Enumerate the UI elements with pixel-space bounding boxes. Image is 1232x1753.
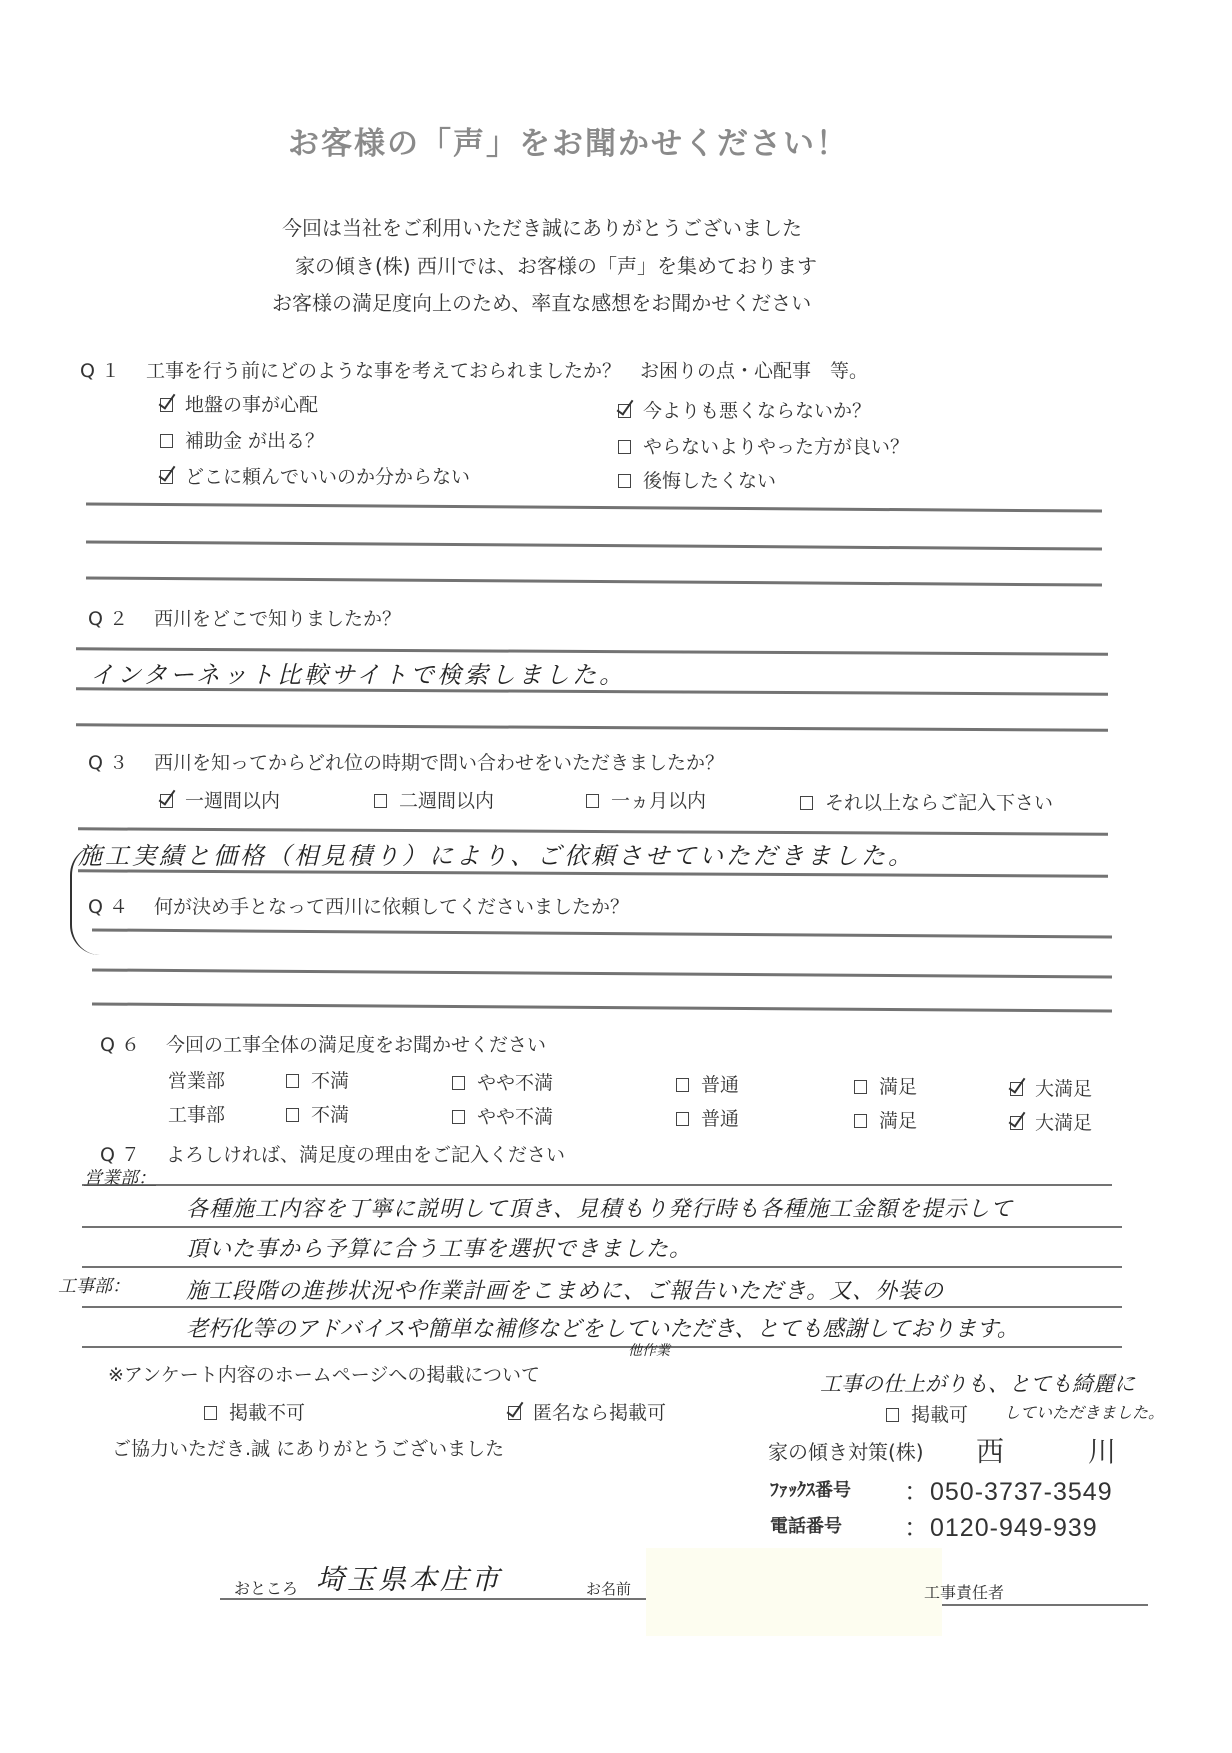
answer-line — [86, 540, 1102, 550]
q6-construction-option-2[interactable]: やや不満 — [452, 1102, 553, 1129]
q6-sales-option-2[interactable]: やや不満 — [452, 1068, 553, 1095]
answer-line — [86, 576, 1102, 586]
checkbox-icon[interactable] — [160, 434, 173, 448]
q2-text: 西川をどこで知りましたか？ — [154, 608, 401, 630]
q4-answer-handwritten[interactable]: 施工実績と価格（相見積り）により、ご依頼させていただきました。 — [78, 836, 915, 871]
intro-line-2: 家の傾き(株) 西川では、お客様の「声」を集めております — [295, 250, 817, 279]
q7-construction-label: 工事部： — [58, 1272, 130, 1298]
q3-option-3[interactable]: 一ヵ月以内 — [586, 786, 706, 813]
q1-question: Q１工事を行う前にどのような事を考えておられましたか？ お困りの点・心配事 等。 — [80, 356, 868, 383]
q3-option-1[interactable]: 一週間以内 — [160, 786, 280, 813]
q2-answer[interactable]: インターネット比較サイトで検索しました。 — [90, 655, 626, 690]
tel-number: ：0120-949-939 — [904, 1508, 1098, 1544]
checkbox-icon[interactable] — [618, 474, 631, 488]
q4-text: 何が決め手となって西川に依頼してくださいましたか？ — [154, 896, 629, 918]
q3-option-2[interactable]: 二週間以内 — [374, 786, 494, 813]
checkbox-icon[interactable] — [204, 1406, 217, 1420]
intro-line-3: お客様の満足度向上のため、率直な感想をお聞かせください — [272, 287, 811, 316]
fax-label: ﾌｧｯｸｽ番号 — [770, 1476, 851, 1502]
q1-option-1[interactable]: 地盤の事が心配 — [160, 390, 318, 417]
q6-number: Q６ — [100, 1030, 166, 1057]
q6-dept-construction: 工事部 — [168, 1100, 225, 1127]
q2-number: Q２ — [88, 604, 154, 631]
q3-text: 西川を知ってからどれ位の時期で問い合わせをいただきましたか？ — [154, 752, 724, 774]
company-name: 西 川 — [976, 1430, 1116, 1470]
answer-line — [92, 1002, 1112, 1012]
answer-line — [86, 502, 1102, 512]
redacted-name-field — [646, 1548, 942, 1636]
answer-line — [92, 968, 1112, 978]
answer-line — [82, 1306, 1122, 1308]
intro-line-1: 今回は当社をご利用いただき誠にありがとうございました — [282, 212, 802, 241]
q6-construction-option-1[interactable]: 不満 — [286, 1100, 349, 1127]
checkbox-checked-icon[interactable] — [160, 398, 173, 412]
checkbox-icon[interactable] — [586, 794, 599, 808]
publish-option-2[interactable]: 匿名なら掲載可 — [508, 1398, 666, 1425]
checkbox-icon[interactable] — [374, 794, 387, 808]
name-label: お名前 — [586, 1578, 631, 1599]
answer-line — [82, 1184, 1112, 1186]
side-note-line-2: していただきました。 — [1004, 1400, 1164, 1423]
checkbox-icon[interactable] — [854, 1114, 867, 1128]
fax-number: ：050-3737-3549 — [904, 1472, 1113, 1508]
checkbox-icon[interactable] — [618, 440, 631, 454]
checkbox-checked-icon[interactable] — [1010, 1116, 1023, 1130]
q6-construction-option-4[interactable]: 満足 — [854, 1106, 917, 1133]
checkbox-icon[interactable] — [452, 1076, 465, 1090]
q1-option-6[interactable]: 後悔したくない — [618, 466, 776, 493]
checkbox-icon[interactable] — [886, 1408, 899, 1422]
page-title: お客様の「声」をお聞かせください！ — [288, 118, 849, 163]
q1-option-5[interactable]: やらないよりやった方が良い？ — [618, 432, 909, 459]
answer-line — [82, 1266, 1122, 1268]
thanks-text: ご協力いただき.誠 にありがとうございました — [112, 1434, 504, 1461]
manager-label: 工事責任者 — [924, 1580, 1004, 1603]
q1-number: Q１ — [80, 356, 146, 383]
checkbox-icon[interactable] — [286, 1074, 299, 1088]
q6-construction-option-3[interactable]: 普通 — [676, 1104, 739, 1131]
q6-text: 今回の工事全体の満足度をお聞かせください — [166, 1034, 546, 1056]
q6-sales-option-5[interactable]: 大満足 — [1010, 1074, 1092, 1101]
q1-option-2[interactable]: 補助金 が出る？ — [160, 426, 324, 453]
q7-sales-line-1[interactable]: 各種施工内容を丁寧に説明して頂き、見積もり発行時も各種施工金額を提示して — [186, 1192, 1013, 1223]
checkbox-icon[interactable] — [800, 796, 813, 810]
q7-construction-line-1[interactable]: 施工段階の進捗状況や作業計画をこまめに、ご報告いただき。又、外装の — [186, 1274, 944, 1305]
q6-sales-option-4[interactable]: 満足 — [854, 1072, 917, 1099]
q1-option-4[interactable]: 今よりも悪くならないか？ — [618, 396, 871, 423]
q6-sales-option-3[interactable]: 普通 — [676, 1070, 739, 1097]
side-note-line-1: 工事の仕上がりも、とても綺麗に — [820, 1368, 1135, 1398]
q7-construction-line-2[interactable]: 老朽化等のアドバイスや簡単な補修などをしていただき、とても感謝しております。 — [186, 1312, 1019, 1343]
q7-question: Q７よろしければ、満足度の理由をご記入ください — [100, 1140, 565, 1167]
checkbox-icon[interactable] — [676, 1078, 689, 1092]
answer-line — [82, 1226, 1122, 1228]
q1-text: 工事を行う前にどのような事を考えておられましたか？ お困りの点・心配事 等。 — [146, 360, 868, 382]
q7-text: よろしければ、満足度の理由をご記入ください — [166, 1144, 565, 1166]
q6-construction-option-5[interactable]: 大満足 — [1010, 1108, 1092, 1135]
q4-question: Q４何が決め手となって西川に依頼してくださいましたか？ — [88, 892, 629, 919]
q2-question: Q２西川をどこで知りましたか？ — [88, 604, 401, 631]
q3-option-4[interactable]: それ以上ならご記入下さい — [800, 788, 1053, 815]
answer-line — [82, 1346, 1122, 1348]
checkbox-checked-icon[interactable] — [618, 404, 631, 418]
answer-line — [92, 928, 1112, 938]
publish-option-1[interactable]: 掲載不可 — [204, 1398, 305, 1425]
q6-dept-sales: 営業部 — [168, 1066, 225, 1093]
q6-sales-option-1[interactable]: 不満 — [286, 1066, 349, 1093]
checkbox-icon[interactable] — [452, 1110, 465, 1124]
q3-number: Q３ — [88, 748, 154, 775]
q1-option-3[interactable]: どこに頼んでいいのか分からない — [160, 462, 470, 489]
tel-label: 電話番号 — [770, 1512, 842, 1538]
q7-sales-label: 営業部： — [84, 1164, 156, 1190]
address-label: おところ — [234, 1576, 298, 1599]
publish-option-3[interactable]: 掲載可 — [886, 1400, 968, 1427]
checkbox-icon[interactable] — [286, 1108, 299, 1122]
checkbox-checked-icon[interactable] — [508, 1406, 521, 1420]
q4-number: Q４ — [88, 892, 154, 919]
answer-line — [76, 723, 1108, 731]
q6-question: Q６今回の工事全体の満足度をお聞かせください — [100, 1030, 546, 1057]
q7-insert-note: 他作業 — [628, 1340, 670, 1360]
checkbox-icon[interactable] — [854, 1080, 867, 1094]
publish-question: ※アンケート内容のホームページへの掲載について — [108, 1360, 540, 1387]
answer-line — [78, 827, 1108, 835]
checkbox-checked-icon[interactable] — [160, 470, 173, 484]
checkbox-checked-icon[interactable] — [1010, 1082, 1023, 1096]
checkbox-icon[interactable] — [676, 1112, 689, 1126]
checkbox-checked-icon[interactable] — [160, 794, 173, 808]
address-value[interactable]: 埼玉県本庄市 — [316, 1558, 502, 1598]
address-line — [220, 1598, 646, 1600]
q7-sales-line-2[interactable]: 頂いた事から予算に合う工事を選択できました。 — [186, 1232, 692, 1263]
manager-line — [942, 1604, 1148, 1606]
company-label: 家の傾き対策(株) — [768, 1436, 924, 1465]
q3-question: Q３西川を知ってからどれ位の時期で問い合わせをいただきましたか？ — [88, 748, 724, 775]
q7-number: Q７ — [100, 1140, 166, 1167]
